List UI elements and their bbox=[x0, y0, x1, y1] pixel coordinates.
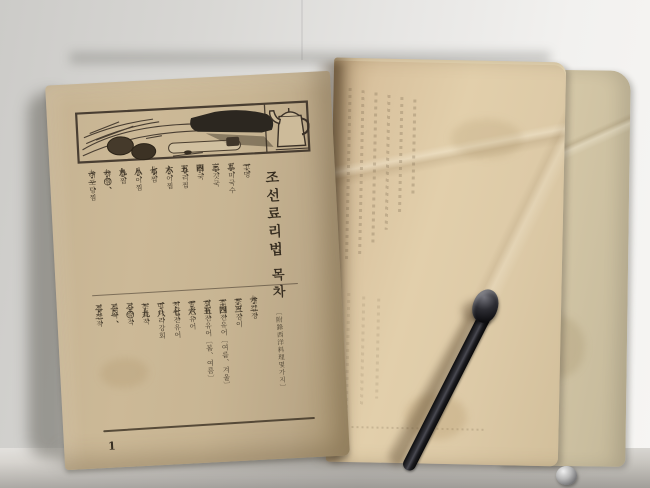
toc-label: 목차 bbox=[269, 268, 284, 303]
entry-page-number: 一三 bbox=[126, 301, 133, 314]
entry-page-number: 九 bbox=[250, 295, 257, 302]
toc-entries-1-11: 一、 고명 一 二、 도미국수 五 三、 조깃국 六 bbox=[84, 161, 260, 298]
still-life-woodcut-illustration bbox=[75, 100, 311, 164]
entry-page-number: 一一 bbox=[188, 298, 195, 311]
entry-page-number: 九 bbox=[103, 168, 110, 175]
entry-page-number: 一五 bbox=[95, 303, 102, 316]
entry-page-number: 六 bbox=[212, 163, 219, 170]
entry-page-number: 一〇 bbox=[234, 296, 241, 309]
entry-page-number: 一三 bbox=[141, 301, 148, 314]
strap-metal-tip bbox=[556, 466, 577, 485]
entry-page-number: 七 bbox=[181, 164, 188, 171]
entry-page-number: 一四 bbox=[110, 302, 117, 315]
entry-page-number: 六 bbox=[196, 164, 203, 171]
entry-title: 새우전유어〔봄、여름〕 bbox=[203, 299, 214, 382]
page-number: 1 bbox=[108, 440, 116, 453]
entry-page-number: 一二 bbox=[157, 300, 164, 313]
entry-page-number: 五 bbox=[227, 162, 234, 169]
photo-scene: 一、 고명 一 二、 도미국수 五 三、 조깃국 六 bbox=[0, 0, 650, 488]
book-title-text: 조선료리법 bbox=[264, 170, 283, 261]
entry-page-number: 八 bbox=[150, 166, 157, 173]
entry-page-number: 一〇 bbox=[219, 297, 226, 310]
entry-title: 조개전유어〔여름、겨울〕 bbox=[219, 299, 231, 389]
entry-page-number: 一一 bbox=[172, 299, 179, 312]
entry-page-number: 九 bbox=[88, 169, 95, 176]
book-left-page: 一、 고명 一 二、 도미국수 五 三、 조깃국 六 bbox=[45, 71, 350, 470]
entry-page-number: 一 bbox=[243, 161, 250, 168]
entry-page-number: 七 bbox=[165, 165, 172, 172]
wall-crease bbox=[301, 0, 303, 60]
entry-page-number: 八 bbox=[134, 167, 141, 174]
entry-page-number: 一〇 bbox=[203, 297, 210, 310]
entry-page-number: 九 bbox=[119, 168, 126, 175]
appendix-annotation: 〔附錄西洋料理몇가지〕 bbox=[275, 309, 286, 392]
